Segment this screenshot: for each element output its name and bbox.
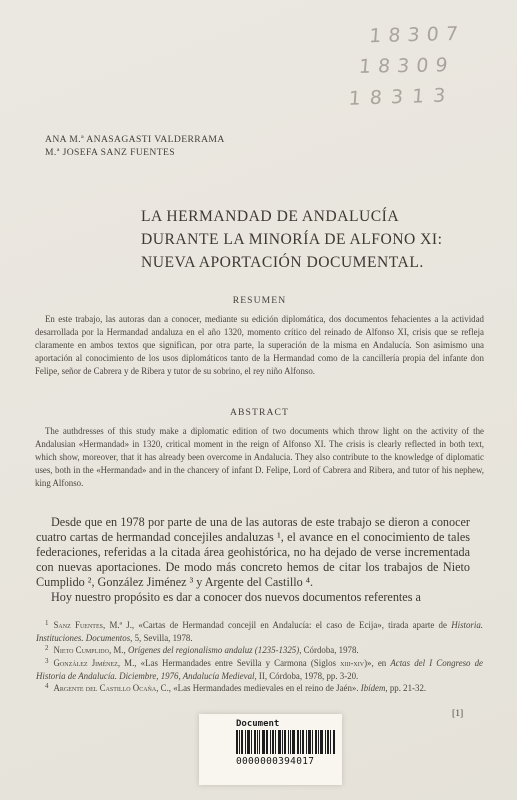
abstract-text: The authdresses of this study make a dip… <box>35 425 484 490</box>
barcode-number: 0000000394017 <box>236 756 342 767</box>
article-title-line: DURANTE LA MINORÍA DE ALFONO XI: <box>141 229 461 252</box>
footnotes: 1Sanz Fuentes, M.ª J., «Cartas de Herman… <box>36 620 483 695</box>
author-line: ANA M.ª ANASAGASTI VALDERRAMA <box>45 134 225 147</box>
footnote-text: Nieto Cumplido, M., Orígenes del regiona… <box>54 645 359 655</box>
footnote-text: Argente del Castillo Ocaña, C., «Las Her… <box>54 683 427 693</box>
abstract-section: ABSTRACT The authdresses of this study m… <box>35 407 484 490</box>
body-paragraph: Desde que en 1978 por parte de una de la… <box>36 515 470 590</box>
body-text: Desde que en 1978 por parte de una de la… <box>36 515 470 604</box>
footnote: 3González Jiménez, M., «Las Hermandades … <box>36 658 483 683</box>
body-paragraph: Hoy nuestro propósito es dar a conocer d… <box>36 590 470 605</box>
page-number: [1] <box>452 708 463 719</box>
abstract-heading: ABSTRACT <box>35 407 484 418</box>
scanned-paper-page: 18307 18309 18313 ANA M.ª ANASAGASTI VAL… <box>0 0 517 800</box>
article-title-line: NUEVA APORTACIÓN DOCUMENTAL. <box>141 252 461 275</box>
footnote-text: Sanz Fuentes, M.ª J., «Cartas de Hermand… <box>36 620 483 643</box>
footnote: 1Sanz Fuentes, M.ª J., «Cartas de Herman… <box>36 620 483 645</box>
footnote-text: González Jiménez, M., «Las Hermandades e… <box>36 658 483 681</box>
footnote: 4Argente del Castillo Ocaña, C., «Las He… <box>36 683 483 696</box>
handwritten-accession-numbers: 18307 18309 18313 <box>347 20 466 113</box>
barcode-label-text: Document <box>236 719 342 729</box>
barcode-icon <box>236 730 335 754</box>
handwritten-number: 18313 <box>347 80 459 115</box>
resumen-heading: RESUMEN <box>35 295 484 306</box>
author-line: M.ª JOSEFA SANZ FUENTES <box>45 147 225 160</box>
footnote: 2Nieto Cumplido, M., Orígenes del region… <box>36 645 483 658</box>
footnote-number: 4 <box>45 682 49 690</box>
article-title-line: LA HERMANDAD DE ANDALUCÍA <box>141 206 461 229</box>
resumen-section: RESUMEN En este trabajo, las autoras dan… <box>35 295 484 378</box>
handwritten-number: 18307 <box>368 19 466 52</box>
footnote-number: 3 <box>45 657 49 665</box>
barcode-sticker: Document 0000000394017 <box>199 714 342 785</box>
handwritten-number: 18309 <box>358 50 463 83</box>
author-block: ANA M.ª ANASAGASTI VALDERRAMA M.ª JOSEFA… <box>45 134 225 159</box>
footnote-number: 2 <box>45 644 49 652</box>
footnote-number: 1 <box>45 619 49 627</box>
resumen-text: En este trabajo, las autoras dan a conoc… <box>35 313 484 378</box>
article-title: LA HERMANDAD DE ANDALUCÍA DURANTE LA MIN… <box>141 206 461 274</box>
